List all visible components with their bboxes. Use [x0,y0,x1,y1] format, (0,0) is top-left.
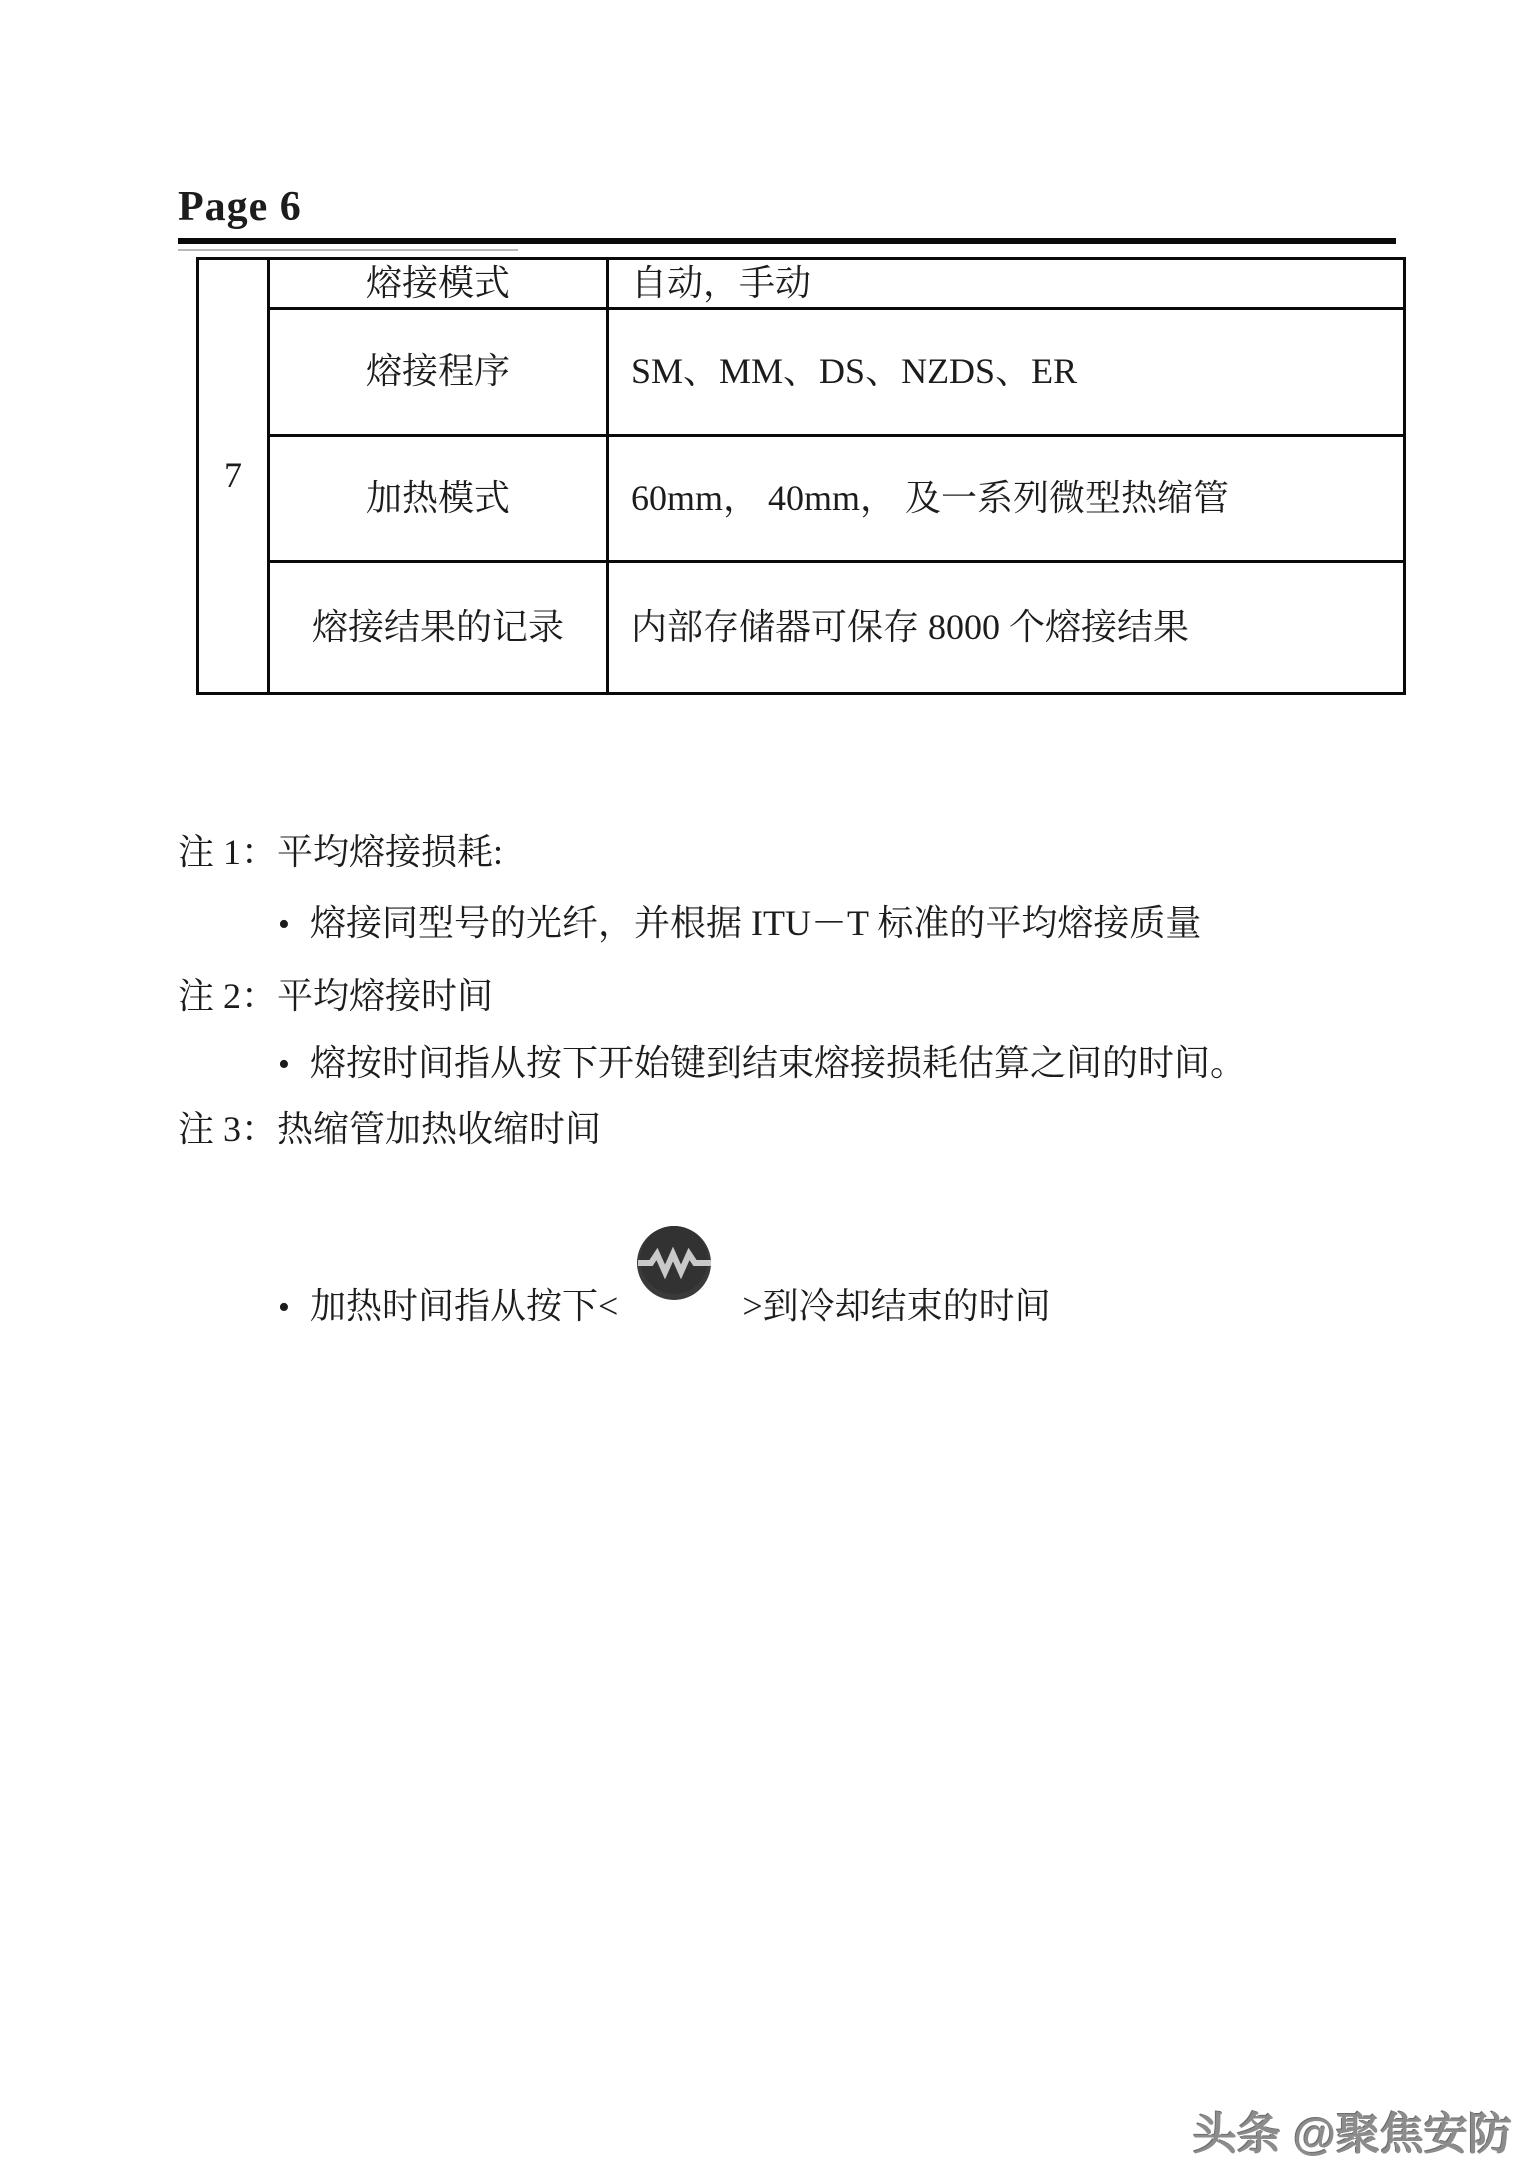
note-2-bullet-text: 熔按时间指从按下开始键到结束熔接损耗估算之间的时间。 [310,1043,1246,1083]
note-2-bullet: •熔按时间指从按下开始键到结束熔接损耗估算之间的时间。 [278,1042,1246,1086]
header-rule-thin [178,249,518,251]
table-label-splice-mode: 熔接模式 [269,259,608,309]
document-page: Page 6 7 熔接模式 自动，手动 熔接程序 SM、MM、DS、NZDS、E… [0,0,1536,2174]
table-group-number: 7 [198,259,269,694]
table-value-heating-mode: 60mm， 40mm， 及一系列微型热缩管 [608,436,1405,562]
table-label-splice-record: 熔接结果的记录 [269,562,608,694]
table-value-splice-program: SM、MM、DS、NZDS、ER [608,309,1405,436]
note-1-bullet-text: 熔接同型号的光纤，并根据 ITU－T 标准的平均熔接质量 [310,903,1201,943]
bullet-icon: • [278,1288,310,1329]
note-1-heading: 注 1：平均熔接损耗: [178,831,503,874]
table-value-splice-record: 内部存储器可保存 8000 个熔接结果 [608,562,1405,694]
note-3-bullet-prefix: 加热时间指从按下< [310,1286,618,1326]
table-row: 熔接程序 SM、MM、DS、NZDS、ER [198,309,1405,436]
page-title: Page 6 [178,183,302,231]
bullet-icon: • [278,1045,310,1086]
table-row: 7 熔接模式 自动，手动 [198,259,1405,309]
note-3-bullet-suffix: >到冷却结束的时间 [742,1286,1050,1326]
note-3-heading: 注 3：热缩管加热收缩时间 [178,1108,601,1151]
note-3-bullet: •加热时间指从按下< >到冷却结束的时间 [278,1222,1051,1329]
table-value-splice-mode: 自动，手动 [608,259,1405,309]
watermark-text: 头条 @聚焦安防 [1193,2098,1512,2162]
table-label-splice-program: 熔接程序 [269,309,608,436]
bullet-icon: • [278,905,310,946]
table-row: 加热模式 60mm， 40mm， 及一系列微型热缩管 [198,436,1405,562]
note-1-bullet: •熔接同型号的光纤，并根据 ITU－T 标准的平均熔接质量 [278,902,1201,946]
note-2-heading: 注 2：平均熔接时间 [178,975,493,1018]
table-row: 熔接结果的记录 内部存储器可保存 8000 个熔接结果 [198,562,1405,694]
header-rule-thick [178,238,1396,244]
spec-table: 7 熔接模式 自动，手动 熔接程序 SM、MM、DS、NZDS、ER 加热模式 … [196,257,1406,695]
table-label-heating-mode: 加热模式 [269,436,608,562]
heater-icon [634,1222,714,1302]
